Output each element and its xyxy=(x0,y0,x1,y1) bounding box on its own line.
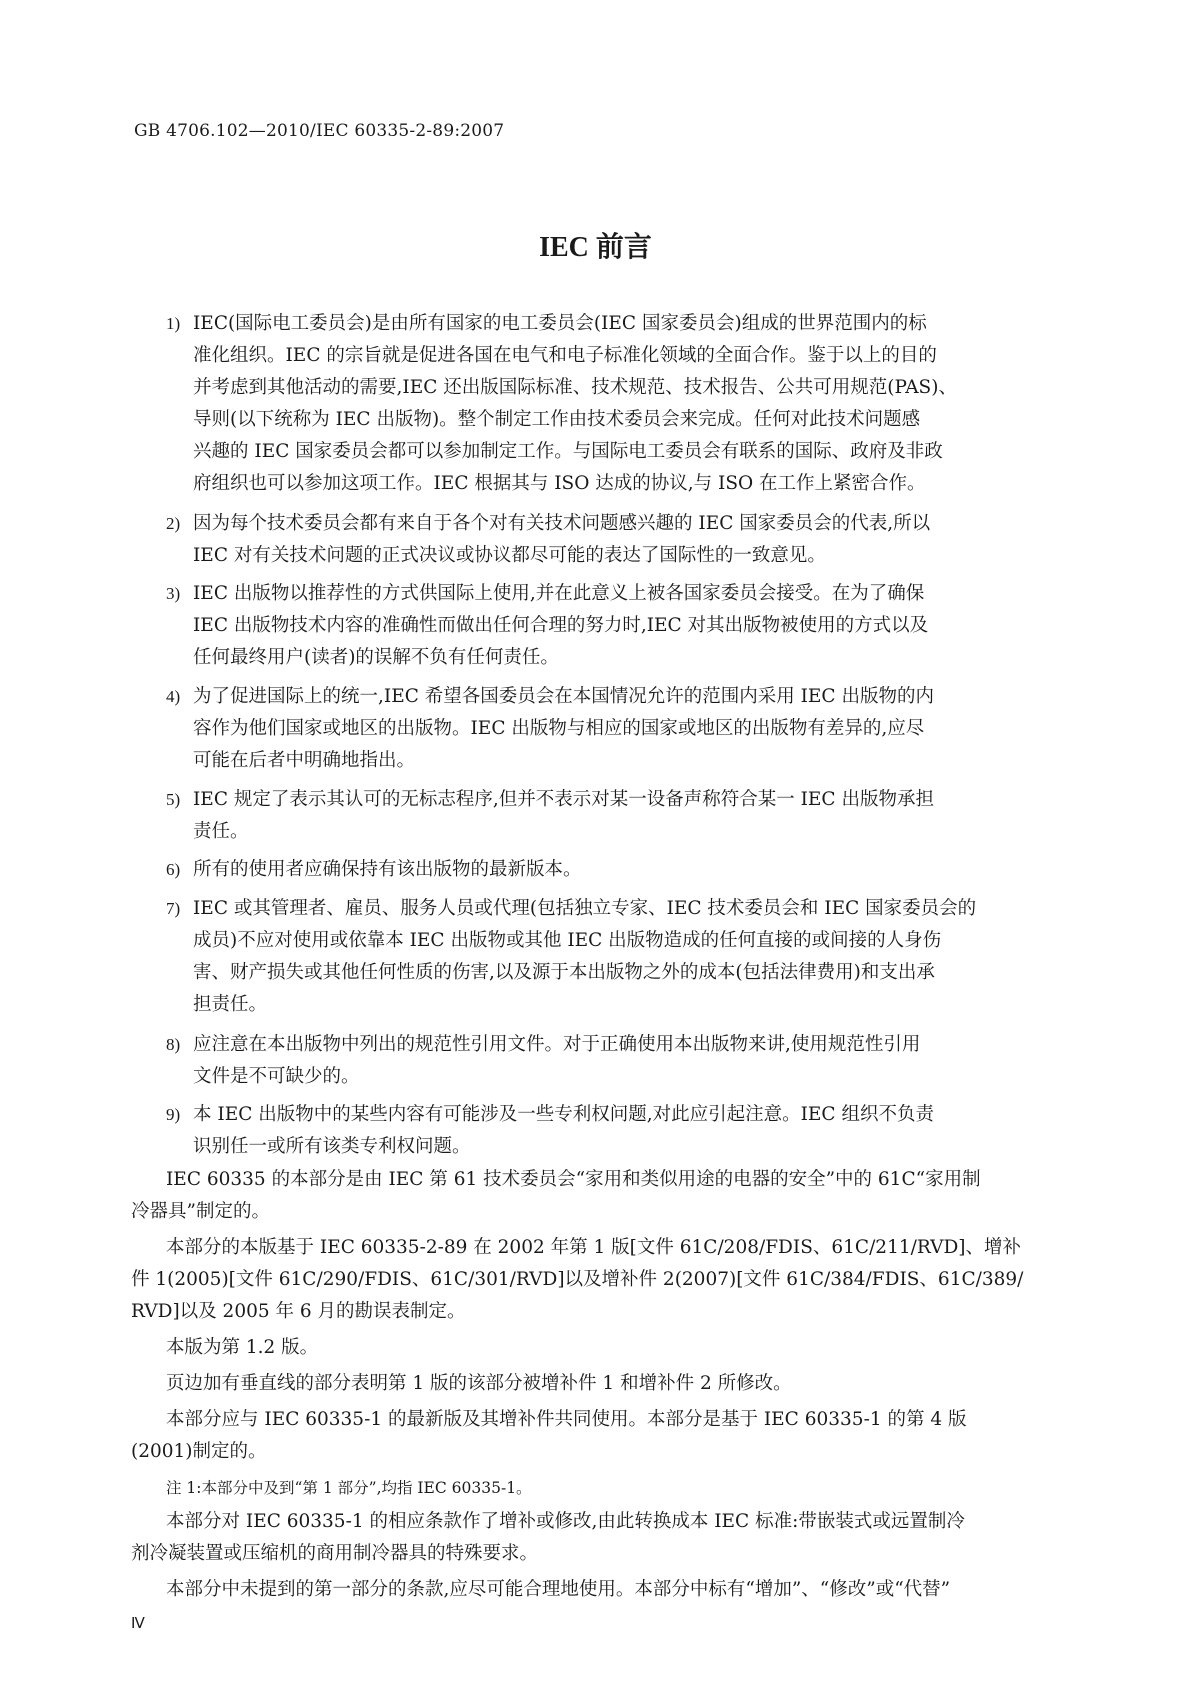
paragraph-line: 冷器具”制定的。 xyxy=(131,1200,270,1224)
list-item-text-line: 容作为他们国家或地区的出版物。IEC 出版物与相应的国家或地区的出版物有差异的,… xyxy=(193,717,924,741)
list-item-number: 8) xyxy=(166,1035,180,1055)
paragraph-line: RVD]以及 2005 年 6 月的勘误表制定。 xyxy=(131,1300,466,1324)
page-number: Ⅳ xyxy=(131,1614,145,1633)
list-item-text-line: IEC 规定了表示其认可的无标志程序,但并不表示对某一设备声称符合某一 IEC … xyxy=(193,788,934,812)
paragraph-line: 件 1(2005)[文件 61C/290/FDIS、61C/301/RVD]以及… xyxy=(131,1268,1023,1292)
list-item-number: 5) xyxy=(166,790,180,810)
paragraph-line: 页边加有垂直线的部分表明第 1 版的该部分被增补件 1 和增补件 2 所修改。 xyxy=(166,1372,792,1396)
paragraph-line: 本部分中未提到的第一部分的条款,应尽可能合理地使用。本部分中标有“增加”、“修改… xyxy=(166,1578,950,1602)
paragraph-line: 本部分应与 IEC 60335-1 的最新版及其增补件共同使用。本部分是基于 I… xyxy=(166,1408,967,1432)
list-item-text-line: IEC(国际电工委员会)是由所有国家的电工委员会(IEC 国家委员会)组成的世界… xyxy=(193,312,927,336)
list-item-text-line: IEC 或其管理者、雇员、服务人员或代理(包括独立专家、IEC 技术委员会和 I… xyxy=(193,897,976,921)
list-item-text-line: 并考虑到其他活动的需要,IEC 还出版国际标准、技术规范、技术报告、公共可用规范… xyxy=(193,376,957,400)
paragraph-line: (2001)制定的。 xyxy=(131,1440,267,1464)
list-item-text-line: 识别任一或所有该类专利权问题。 xyxy=(193,1135,471,1159)
list-item-number: 2) xyxy=(166,514,180,534)
list-item-text-line: IEC 对有关技术问题的正式决议或协议都尽可能的表达了国际性的一致意见。 xyxy=(193,544,826,568)
page-title: IEC 前言 xyxy=(0,225,1191,265)
list-item-text-line: 可能在后者中明确地指出。 xyxy=(193,749,415,773)
list-item-number: 6) xyxy=(166,860,180,880)
list-item-number: 3) xyxy=(166,584,180,604)
list-item-text-line: 成员)不应对使用或依靠本 IEC 出版物或其他 IEC 出版物造成的任何直接的或… xyxy=(193,929,941,953)
standard-code-header: GB 4706.102—2010/IEC 60335-2-89:2007 xyxy=(134,121,504,141)
list-item-text-line: IEC 出版物以推荐性的方式供国际上使用,并在此意义上被各国家委员会接受。在为了… xyxy=(193,582,924,606)
list-item-text-line: 本 IEC 出版物中的某些内容有可能涉及一些专利权问题,对此应引起注意。IEC … xyxy=(193,1103,934,1127)
paragraph-line: IEC 60335 的本部分是由 IEC 第 61 技术委员会“家用和类似用途的… xyxy=(166,1168,981,1192)
list-item-number: 7) xyxy=(166,899,180,919)
paragraph-line: 本版为第 1.2 版。 xyxy=(166,1336,318,1360)
list-item-text-line: 责任。 xyxy=(193,820,249,844)
list-item-text-line: 文件是不可缺少的。 xyxy=(193,1065,360,1089)
list-item-text-line: 府组织也可以参加这项工作。IEC 根据其与 ISO 达成的协议,与 ISO 在工… xyxy=(193,472,926,496)
list-item-text-line: 导则(以下统称为 IEC 出版物)。整个制定工作由技术委员会来完成。任何对此技术… xyxy=(193,408,920,432)
list-item-text-line: 任何最终用户(读者)的误解不负有任何责任。 xyxy=(193,646,559,670)
list-item-text-line: 因为每个技术委员会都有来自于各个对有关技术问题感兴趣的 IEC 国家委员会的代表… xyxy=(193,512,930,536)
paragraph-line: 本部分对 IEC 60335-1 的相应条款作了增补或修改,由此转换成本 IEC… xyxy=(166,1510,965,1534)
list-item-text-line: IEC 出版物技术内容的准确性而做出任何合理的努力时,IEC 对其出版物被使用的… xyxy=(193,614,928,638)
list-item-text-line: 准化组织。IEC 的宗旨就是促进各国在电气和电子标准化领域的全面合作。鉴于以上的… xyxy=(193,344,937,368)
list-item-text-line: 所有的使用者应确保持有该出版物的最新版本。 xyxy=(193,858,582,882)
list-item-text-line: 为了促进国际上的统一,IEC 希望各国委员会在本国情况允许的范围内采用 IEC … xyxy=(193,685,934,709)
list-item-text-line: 担责任。 xyxy=(193,993,267,1017)
list-item-text-line: 应注意在本出版物中列出的规范性引用文件。对于正确使用本出版物来讲,使用规范性引用 xyxy=(193,1033,920,1057)
list-item-number: 4) xyxy=(166,687,180,707)
note-line: 注 1:本部分中及到“第 1 部分”,均指 IEC 60335-1。 xyxy=(166,1476,532,1500)
list-item-number: 9) xyxy=(166,1105,180,1125)
list-item-text-line: 害、财产损失或其他任何性质的伤害,以及源于本出版物之外的成本(包括法律费用)和支… xyxy=(193,961,935,985)
paragraph-line: 本部分的本版基于 IEC 60335-2-89 在 2002 年第 1 版[文件… xyxy=(166,1236,1021,1260)
list-item-number: 1) xyxy=(166,314,180,334)
list-item-text-line: 兴趣的 IEC 国家委员会都可以参加制定工作。与国际电工委员会有联系的国际、政府… xyxy=(193,440,943,464)
paragraph-line: 剂冷凝装置或压缩机的商用制冷器具的特殊要求。 xyxy=(131,1542,538,1566)
